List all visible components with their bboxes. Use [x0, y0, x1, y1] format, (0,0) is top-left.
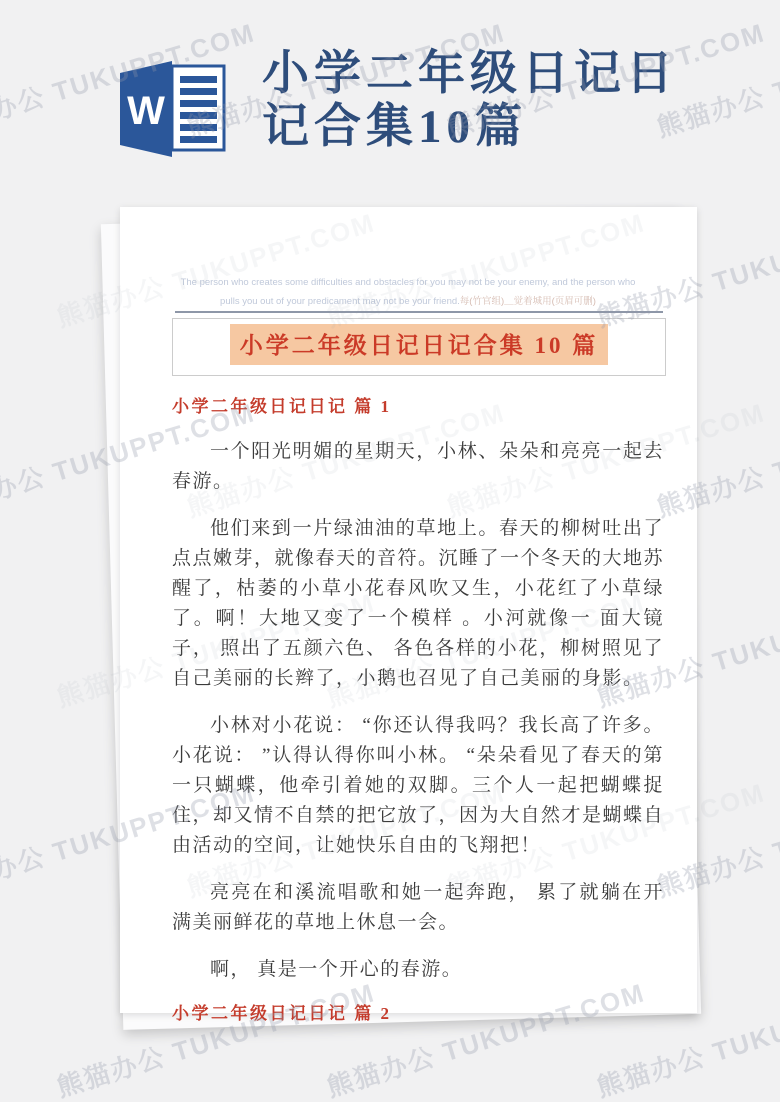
- word-icon: W: [112, 56, 234, 160]
- page-header-note-cn: 每(竹官组)＿觉着城用(页眉可删): [460, 296, 596, 307]
- paragraph: 他们来到一片绿油油的草地上。春天的柳树吐出了点点嫩芽，就像春天的音符。沉睡了一个…: [172, 514, 664, 694]
- document-body: 小学二年级日记日记 篇 1 一个阳光明媚的星期天，小林、朵朵和亮亮一起去春游。 …: [172, 395, 664, 1026]
- paragraph: 一个阳光明媚的星期天，小林、朵朵和亮亮一起去春游。: [172, 437, 664, 497]
- page-header-note-line1: The person who creates some difficulties…: [148, 273, 668, 292]
- page-header-note: The person who creates some difficulties…: [148, 273, 668, 311]
- preview-header: W 小学二年级日记日 记合集10篇: [0, 0, 780, 200]
- section-heading-1: 小学二年级日记日记 篇 1: [172, 395, 664, 419]
- page-header-rule: [175, 311, 663, 313]
- section-heading-2: 小学二年级日记日记 篇 2: [172, 1002, 664, 1026]
- preview-title-line2: 记合集10篇: [262, 101, 742, 154]
- paragraph: 小林对小花说： “你还认得我吗？我长高了许多。 小花说： ”认得认得你叫小林。 …: [172, 711, 664, 861]
- svg-text:W: W: [127, 89, 165, 133]
- document-preview-canvas: W 小学二年级日记日 记合集10篇 The person who creates…: [0, 0, 780, 1102]
- preview-title-line1: 小学二年级日记日: [262, 48, 742, 101]
- paragraph: 亮亮在和溪流唱歌和她一起奔跑， 累了就躺在开满美丽鲜花的草地上休息一会。: [172, 878, 664, 938]
- document-page: The person who creates some difficulties…: [120, 207, 697, 1013]
- document-title: 小学二年级日记日记合集 10 篇: [230, 324, 609, 365]
- document-title-box: 小学二年级日记日记合集 10 篇: [172, 318, 666, 376]
- page-header-note-line2: pulls you out of your predicament may no…: [148, 292, 668, 311]
- preview-title: 小学二年级日记日 记合集10篇: [262, 48, 742, 154]
- paragraph: 啊， 真是一个开心的春游。: [172, 955, 664, 985]
